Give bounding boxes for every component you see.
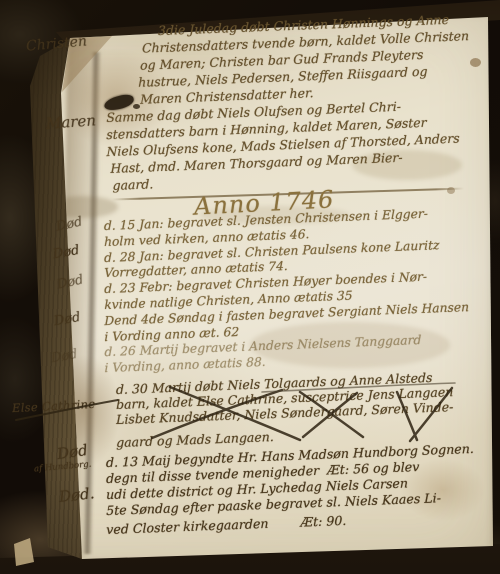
- margin-note-died: Død: [55, 214, 84, 234]
- margin-note-christen: Christen: [25, 33, 87, 54]
- margin-note-died: Død: [50, 347, 79, 366]
- margin-note-maren: Maren: [45, 111, 96, 132]
- margin-note-af-hundborg: af Hundborg.: [34, 460, 92, 475]
- burial-entries-block: d. 15 Jan: begravet sl. Jensten Christen…: [104, 204, 486, 377]
- margin-note-died: Død.: [58, 484, 95, 506]
- margin-note-died: Død: [53, 310, 82, 329]
- ink-spot: [133, 104, 140, 109]
- margin-note-else-cathrine: Else Cathrine: [12, 397, 96, 415]
- crossed-out-entry-block: d. 30 Martij døbt Niels Tolgaards og Ann…: [116, 368, 478, 450]
- margin-note-died: Død: [52, 243, 81, 262]
- handwriting-layer: Christen Maren Død Død Død Død Død Else …: [0, 0, 500, 574]
- margin-note-died: Død: [56, 272, 85, 292]
- baptism-entry-block: 3die Juledag døbt Christen Hønnings og A…: [106, 10, 478, 194]
- photo-of-parish-register: Christen Maren Død Død Død Død Død Else …: [0, 0, 500, 574]
- final-entries-block: d. 13 Maij begyndte Hr. Hans Madsøn Hund…: [106, 440, 488, 538]
